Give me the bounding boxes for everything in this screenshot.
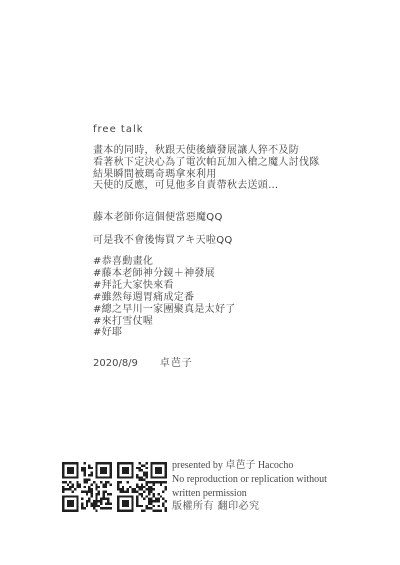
publish-date: 2020/8/9: [93, 358, 138, 369]
hashtag: #恭喜動畫化: [93, 256, 236, 268]
footer-notice-line1: No reproduction or replication without: [172, 473, 327, 487]
hashtag: #雖然每週胃痛成定番: [93, 292, 236, 304]
paragraph-author-comment-2: 可是我不會後悔買アキ天啦QQ: [93, 231, 233, 246]
hashtag: #藤本老師神分鏡＋神發展: [93, 268, 236, 280]
paragraph-story-notes: 畫本的同時，秋跟天使後續發展讓人猝不及防 看著秋下定決心為了電次帕瓦加入槍之魔人…: [93, 145, 320, 192]
footer-text: presented by 卓芭子 Hacocho No reproduction…: [172, 459, 327, 514]
footer-copyright-cjk: 版權所有 翻印必究: [172, 500, 327, 514]
date-author-line: 2020/8/9卓芭子: [93, 354, 193, 369]
hashtag: #總之早川一家團聚真是太好了: [93, 304, 236, 316]
section-title: free talk: [93, 124, 144, 135]
afterword-page: free talk 畫本的同時，秋跟天使後續發展讓人猝不及防 看著秋下定決心為了…: [0, 0, 400, 565]
hashtag: #拜託大家快來看: [93, 280, 236, 292]
paragraph-line: 看著秋下定決心為了電次帕瓦加入槍之魔人討伐隊: [93, 157, 320, 169]
hashtag-list: #恭喜動畫化 #藤本老師神分鏡＋神發展 #拜託大家快來看 #雖然每週胃痛成定番 …: [93, 256, 236, 339]
paragraph-line: 天使的反應，可見他多自責帶秋去送頭…: [93, 180, 320, 192]
footer-credit: presented by 卓芭子 Hacocho: [172, 459, 327, 473]
qr-code-icon: [62, 462, 112, 512]
author-name: 卓芭子: [160, 358, 193, 369]
paragraph-author-comment-1: 藤本老師你這個便當惡魔QQ: [93, 208, 223, 223]
paragraph-line: 畫本的同時，秋跟天使後續發展讓人猝不及防: [93, 145, 320, 157]
hashtag: #來打雪仗喔: [93, 316, 236, 328]
hashtag: #好耶: [93, 327, 236, 339]
footer-notice-line2: written permission: [172, 487, 327, 501]
qr-code-icon: [117, 462, 167, 512]
footer: presented by 卓芭子 Hacocho No reproduction…: [0, 459, 400, 515]
paragraph-line: 結果瞬間被瑪奇瑪拿來利用: [93, 169, 320, 181]
